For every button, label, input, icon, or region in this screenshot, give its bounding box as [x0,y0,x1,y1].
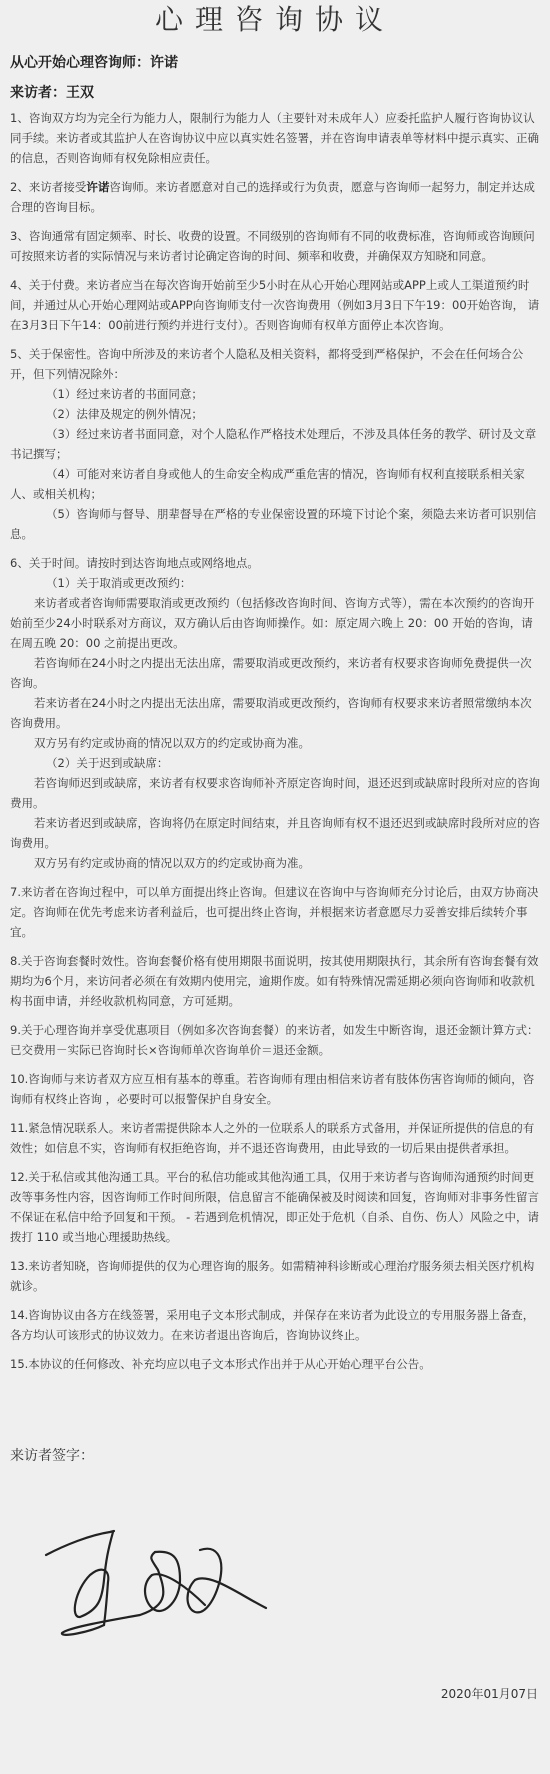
clause-text: 6、关于时间。请按时到达咨询地点或网络地点。 [10,553,540,573]
clause-text: 9.关于心理咨询并享受优惠项目（例如多次咨询套餐）的来访者，如发生中断咨询，退还… [10,1023,538,1057]
clause-text: 7.来访者在咨询过程中，可以单方面提出终止咨询。但建议在咨询中与咨询师充分讨论后… [10,885,538,939]
clause-text: 13.来访者知晓，咨询师提供的仅为心理咨询的服务。如需精神科诊断或心理治疗服务须… [10,1259,534,1293]
clause-text: 11.紧急情况联系人。来访者需提供除本人之外的一位联系人的联系方式备用，并保证所… [10,1121,534,1155]
clause-text: 12.关于私信或其他沟通工具。平台的私信功能或其他沟通工具，仅用于来访者与咨询师… [10,1170,539,1244]
clause-10: 10.咨询师与来访者双方应互相有基本的尊重。若咨询师有理由相信来访者有肢体伤害咨… [10,1069,540,1109]
sub-item: 双方另有约定或协商的情况以双方的约定或协商为准。 [10,733,540,753]
clause-5: 5、关于保密性。咨询中所涉及的来访者个人隐私及相关资料，都将受到严格保护，不会在… [10,344,540,544]
clause-8: 8.关于咨询套餐时效性。咨询套餐价格有使用期限书面说明，按其使用期限执行，其余所… [10,951,540,1011]
clause-11: 11.紧急情况联系人。来访者需提供除本人之外的一位联系人的联系方式备用，并保证所… [10,1118,540,1158]
agreement-body: 1、咨询双方均为完全行为能力人，限制行为能力人（主要针对未成年人）应委托监护人履… [0,108,550,1374]
counselor-name: 从心开始心理咨询师：许诺 [10,48,550,78]
sub-item: 若来访者在24小时之内提出无法出席，需要取消或更改预约，咨询师有权要求来访者照常… [10,693,540,733]
clause-text: 14.咨询协议由各方在线签署，采用电子文本形式制成，并保存在来访者为此设立的专用… [10,1308,534,1342]
clause-13: 13.来访者知晓，咨询师提供的仅为心理咨询的服务。如需精神科诊断或心理治疗服务须… [10,1256,540,1296]
clause-text: 5、关于保密性。咨询中所涉及的来访者个人隐私及相关资料，都将受到严格保护，不会在… [10,344,540,384]
sub-item: （5）咨询师与督导、朋辈督导在严格的专业保密设置的环境下讨论个案，须隐去来访者可… [10,504,540,544]
clause-text: 10.咨询师与来访者双方应互相有基本的尊重。若咨询师有理由相信来访者有肢体伤害咨… [10,1072,534,1106]
handwritten-signature [40,1520,280,1640]
clause-3: 3、咨询通常有固定频率、时长、收费的设置。不同级别的咨询师有不同的收费标准，咨询… [10,226,540,266]
page-title: 心理咨询协议 [0,0,550,38]
clause-14: 14.咨询协议由各方在线签署，采用电子文本形式制成，并保存在来访者为此设立的专用… [10,1305,540,1345]
clause-text: 4、关于付费。来访者应当在每次咨询开始前至少5小时在从心开始心理网站或APP上或… [10,278,539,332]
signing-date: 2020年01月07日 [441,1685,538,1702]
clause-text: 8.关于咨询套餐时效性。咨询套餐价格有使用期限书面说明，按其使用期限执行，其余所… [10,954,538,1008]
clause-text: 3、咨询通常有固定频率、时长、收费的设置。不同级别的咨询师有不同的收费标准，咨询… [10,229,535,263]
signature-label: 来访者签字： [10,1445,94,1465]
sub-item: （2）法律及规定的例外情况； [10,404,540,424]
sub-item: （1）经过来访者的书面同意； [10,384,540,404]
clause-text: 15.本协议的任何修改、补充均应以电子文本形式作出并于从心开始心理平台公告。 [10,1357,431,1371]
sub-item: 双方另有约定或协商的情况以双方的约定或协商为准。 [10,853,540,873]
sub-item: 若咨询师在24小时之内提出无法出席，需要取消或更改预约，来访者有权要求咨询师免费… [10,653,540,693]
clause-9: 9.关于心理咨询并享受优惠项目（例如多次咨询套餐）的来访者，如发生中断咨询，退还… [10,1020,540,1060]
sub-item: （3）经过来访者书面同意，对个人隐私作严格技术处理后，不涉及具体任务的教学、研讨… [10,424,540,464]
sub-item: 若咨询师迟到或缺席，来访者有权要求咨询师补齐原定咨询时间，退还迟到或缺席时段所对… [10,773,540,813]
clause-4: 4、关于付费。来访者应当在每次咨询开始前至少5小时在从心开始心理网站或APP上或… [10,275,540,335]
counselor-highlight: 许诺 [86,180,109,194]
clause-12: 12.关于私信或其他沟通工具。平台的私信功能或其他沟通工具，仅用于来访者与咨询师… [10,1167,540,1247]
clause-text: 2、来访者接受 [10,180,86,194]
clause-6: 6、关于时间。请按时到达咨询地点或网络地点。 （1）关于取消或更改预约： 来访者… [10,553,540,873]
sub-item: 来访者或者咨询师需要取消或更改预约（包括修改咨询时间、咨询方式等），需在本次预约… [10,593,540,653]
sub-heading: （2）关于迟到或缺席： [10,753,540,773]
clause-2: 2、来访者接受许诺咨询师。来访者愿意对自己的选择或行为负责，愿意与咨询师一起努力… [10,177,540,217]
clause-1: 1、咨询双方均为完全行为能力人，限制行为能力人（主要针对未成年人）应委托监护人履… [10,108,540,168]
clause-15: 15.本协议的任何修改、补充均应以电子文本形式作出并于从心开始心理平台公告。 [10,1354,540,1374]
clause-7: 7.来访者在咨询过程中，可以单方面提出终止咨询。但建议在咨询中与咨询师充分讨论后… [10,882,540,942]
sub-item: （4）可能对来访者自身或他人的生命安全构成严重危害的情况，咨询师有权利直接联系相… [10,464,540,504]
visitor-name: 来访者：王双 [10,78,550,108]
clause-text: 1、咨询双方均为完全行为能力人，限制行为能力人（主要针对未成年人）应委托监护人履… [10,111,539,165]
sub-item: 若来访者迟到或缺席，咨询将仍在原定时间结束，并且咨询师有权不退还迟到或缺席时段所… [10,813,540,853]
sub-heading: （1）关于取消或更改预约： [10,573,540,593]
